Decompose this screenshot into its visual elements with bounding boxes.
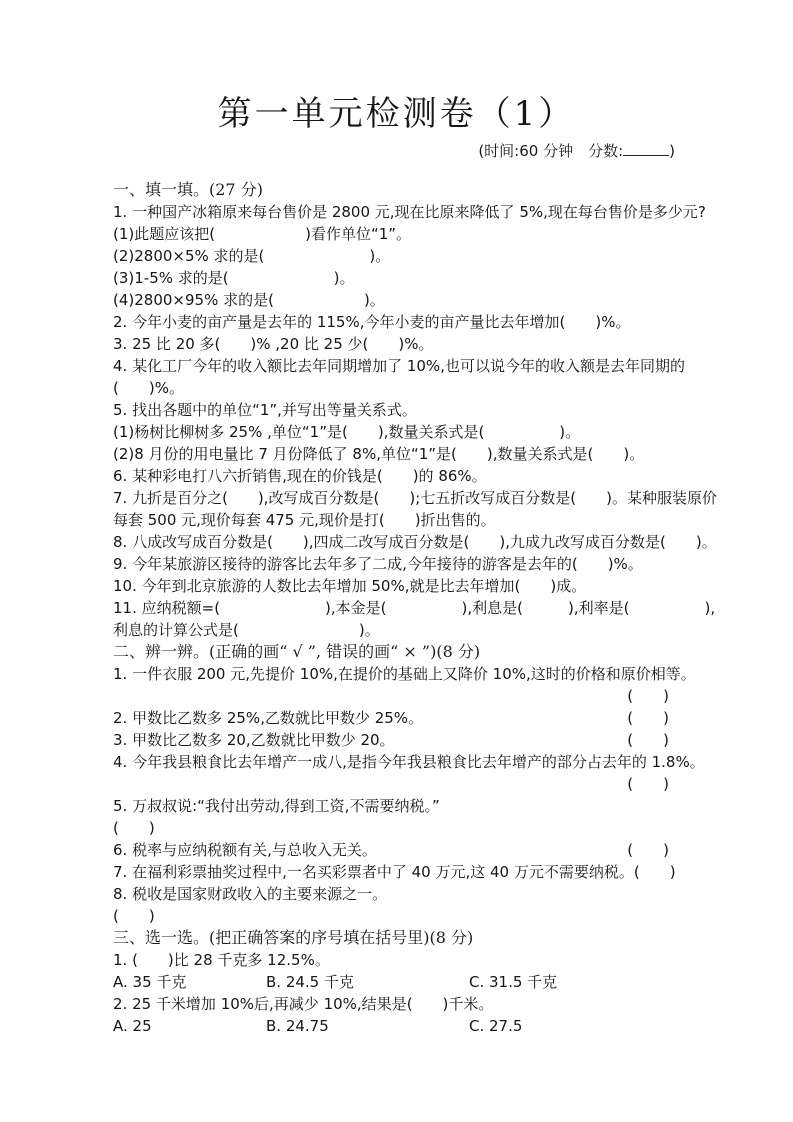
option-cell: A. 35 千克	[113, 971, 266, 993]
line-text: 4. 今年我县粮食比去年增产一成八,是指今年我县粮食比去年增产的部分占去年的 1…	[113, 751, 705, 773]
question-line: ( )	[113, 905, 681, 927]
answer-paren: ( )	[627, 729, 669, 751]
line-text: 5. 找出各题中的单位“1”,并写出等量关系式。	[113, 399, 417, 421]
question-line: 4. 今年我县粮食比去年增产一成八,是指今年我县粮食比去年增产的部分占去年的 1…	[113, 751, 681, 773]
question-line: 7. 九折是百分之( ),改写成百分数是( );七五折改写成百分数是( )。某种…	[113, 487, 681, 509]
meta-time-score-label: (时间:60 分钟 分数:	[478, 142, 623, 160]
answer-paren-line: ( )	[113, 773, 681, 795]
line-text: 1. 一种国产冰箱原来每台售价是 2800 元,现在比原来降低了 5%,现在每台…	[113, 201, 706, 223]
section-1: 一、填一填。(27 分)1. 一种国产冰箱原来每台售价是 2800 元,现在比原…	[113, 179, 681, 641]
question-line: 1. 一件衣服 200 元,先提价 10%,在提价的基础上又降价 10%,这时的…	[113, 663, 681, 685]
question-line: 2. 甲数比乙数多 25%,乙数就比甲数少 25%。( )	[113, 707, 681, 729]
line-text: 8. 八成改写成百分数是( ),四成二改写成百分数是( ),九成九改写成百分数是…	[113, 531, 717, 553]
line-text: 7. 九折是百分之( ),改写成百分数是( );七五折改写成百分数是( )。某种…	[113, 487, 717, 509]
line-text: (1)此题应该把( )看作单位“1”。	[113, 223, 411, 245]
line-text: 10. 今年到北京旅游的人数比去年增加 50%,就是比去年增加( )成。	[113, 575, 586, 597]
question-line: 10. 今年到北京旅游的人数比去年增加 50%,就是比去年增加( )成。	[113, 575, 681, 597]
question-line: (2)2800×5% 求的是( )。	[113, 245, 681, 267]
option-cell: A. 25	[113, 1015, 266, 1037]
question-line: (4)2800×95% 求的是( )。	[113, 289, 681, 311]
question-line: 利息的计算公式是( )。	[113, 619, 681, 641]
line-text: 3. 25 比 20 多( )% ,20 比 25 少( )%。	[113, 333, 434, 355]
question-line: 11. 应纳税额=( ),本金是( ),利息是( ),利率是( ),	[113, 597, 681, 619]
option-cell: B. 24.5 千克	[266, 971, 469, 993]
question-line: ( )%。	[113, 377, 681, 399]
options-row: A. 25B. 24.75C. 27.5	[113, 1015, 681, 1037]
section-header: 一、填一填。(27 分)	[113, 179, 681, 201]
question-line: 4. 某化工厂今年的收入额比去年同期增加了 10%,也可以说今年的收入额是去年同…	[113, 355, 681, 377]
question-line: 9. 今年某旅游区接待的游客比去年多了二成,今年接待的游客是去年的( )%。	[113, 553, 681, 575]
line-text: 4. 某化工厂今年的收入额比去年同期增加了 10%,也可以说今年的收入额是去年同…	[113, 355, 685, 377]
question-line: 2. 今年小麦的亩产量是去年的 115%,今年小麦的亩产量比去年增加( )%。	[113, 311, 681, 333]
question-line: 5. 找出各题中的单位“1”,并写出等量关系式。	[113, 399, 681, 421]
line-text: (2)8 月份的用电量比 7 月份降低了 8%,单位“1”是( ),数量关系式是…	[113, 443, 644, 465]
line-text: 9. 今年某旅游区接待的游客比去年多了二成,今年接待的游客是去年的( )%。	[113, 553, 643, 575]
test-paper-page: 第一单元检测卷（1） (时间:60 分钟 分数:) 一、填一填。(27 分)1.…	[0, 0, 793, 1122]
question-line: 每套 500 元,现价每套 475 元,现价是打( )折出售的。	[113, 509, 681, 531]
question-line: (3)1-5% 求的是( )。	[113, 267, 681, 289]
question-line: 1. 一种国产冰箱原来每台售价是 2800 元,现在比原来降低了 5%,现在每台…	[113, 201, 681, 223]
line-text: 6. 税率与应纳税额有关,与总收入无关。	[113, 839, 377, 861]
line-text: (2)2800×5% 求的是( )。	[113, 245, 390, 267]
line-text: 1. ( )比 28 千克多 12.5%。	[113, 949, 330, 971]
line-text: ( )%。	[113, 377, 184, 399]
option-cell: C. 31.5 千克	[469, 971, 681, 993]
options-row: A. 35 千克B. 24.5 千克C. 31.5 千克	[113, 971, 681, 993]
line-text: 5. 万叔叔说:“我付出劳动,得到工资,不需要纳税。”	[113, 795, 440, 817]
line-text: (3)1-5% 求的是( )。	[113, 267, 354, 289]
question-line: 7. 在福利彩票抽奖过程中,一名买彩票者中了 40 万元,这 40 万元不需要纳…	[113, 861, 681, 883]
question-line: 5. 万叔叔说:“我付出劳动,得到工资,不需要纳税。”	[113, 795, 681, 817]
answer-paren: ( )	[634, 861, 676, 883]
question-line: 3. 25 比 20 多( )% ,20 比 25 少( )%。	[113, 333, 681, 355]
question-line: 8. 税收是国家财政收入的主要来源之一。	[113, 883, 681, 905]
option-cell: C. 27.5	[469, 1015, 681, 1037]
line-text: 2. 今年小麦的亩产量是去年的 115%,今年小麦的亩产量比去年增加( )%。	[113, 311, 630, 333]
option-cell: B. 24.75	[266, 1015, 469, 1037]
answer-paren: ( )	[627, 839, 669, 861]
line-text: 利息的计算公式是( )。	[113, 619, 380, 641]
section-header: 三、选一选。(把正确答案的序号填在括号里)(8 分)	[113, 927, 681, 949]
section-header: 二、辨一辨。(正确的画“ √ ”, 错误的画“ × ”)(8 分)	[113, 641, 681, 663]
question-line: (1)杨树比柳树多 25% ,单位“1”是( ),数量关系式是( )。	[113, 421, 681, 443]
question-line: 6. 某种彩电打八六折销售,现在的价钱是( )的 86%。	[113, 465, 681, 487]
answer-paren: ( )	[627, 707, 669, 729]
line-text: 2. 甲数比乙数多 25%,乙数就比甲数少 25%。	[113, 707, 423, 729]
line-text: (4)2800×95% 求的是( )。	[113, 289, 385, 311]
section-3: 三、选一选。(把正确答案的序号填在括号里)(8 分)1. ( )比 28 千克多…	[113, 927, 681, 1037]
question-line: ( )	[113, 817, 681, 839]
line-text: (1)杨树比柳树多 25% ,单位“1”是( ),数量关系式是( )。	[113, 421, 580, 443]
section-2: 二、辨一辨。(正确的画“ √ ”, 错误的画“ × ”)(8 分)1. 一件衣服…	[113, 641, 681, 927]
line-text: ( )	[113, 817, 155, 839]
line-text: ( )	[113, 905, 155, 927]
meta-close-paren: )	[669, 142, 675, 160]
paper-body: 一、填一填。(27 分)1. 一种国产冰箱原来每台售价是 2800 元,现在比原…	[113, 179, 681, 1037]
line-text: 8. 税收是国家财政收入的主要来源之一。	[113, 883, 387, 905]
score-blank	[623, 142, 669, 156]
answer-paren-line: ( )	[113, 685, 681, 707]
line-text: 1. 一件衣服 200 元,先提价 10%,在提价的基础上又降价 10%,这时的…	[113, 663, 696, 685]
question-line: (2)8 月份的用电量比 7 月份降低了 8%,单位“1”是( ),数量关系式是…	[113, 443, 681, 465]
question-line: 1. ( )比 28 千克多 12.5%。	[113, 949, 681, 971]
question-line: 2. 25 千米增加 10%后,再减少 10%,结果是( )千米。	[113, 993, 681, 1015]
answer-paren: ( )	[627, 773, 669, 795]
question-line: 8. 八成改写成百分数是( ),四成二改写成百分数是( ),九成九改写成百分数是…	[113, 531, 681, 553]
question-line: (1)此题应该把( )看作单位“1”。	[113, 223, 681, 245]
line-text: 2. 25 千米增加 10%后,再减少 10%,结果是( )千米。	[113, 993, 493, 1015]
paper-meta: (时间:60 分钟 分数:)	[0, 140, 793, 161]
line-text: 11. 应纳税额=( ),本金是( ),利息是( ),利率是( ),	[113, 597, 715, 619]
question-line: 3. 甲数比乙数多 20,乙数就比甲数少 20。( )	[113, 729, 681, 751]
line-text: 每套 500 元,现价每套 475 元,现价是打( )折出售的。	[113, 509, 496, 531]
question-line: 6. 税率与应纳税额有关,与总收入无关。( )	[113, 839, 681, 861]
page-title: 第一单元检测卷（1）	[0, 0, 793, 135]
line-text: 6. 某种彩电打八六折销售,现在的价钱是( )的 86%。	[113, 465, 487, 487]
line-text: 3. 甲数比乙数多 20,乙数就比甲数少 20。	[113, 729, 395, 751]
answer-paren: ( )	[627, 685, 669, 707]
line-text: 7. 在福利彩票抽奖过程中,一名买彩票者中了 40 万元,这 40 万元不需要纳…	[113, 861, 634, 883]
